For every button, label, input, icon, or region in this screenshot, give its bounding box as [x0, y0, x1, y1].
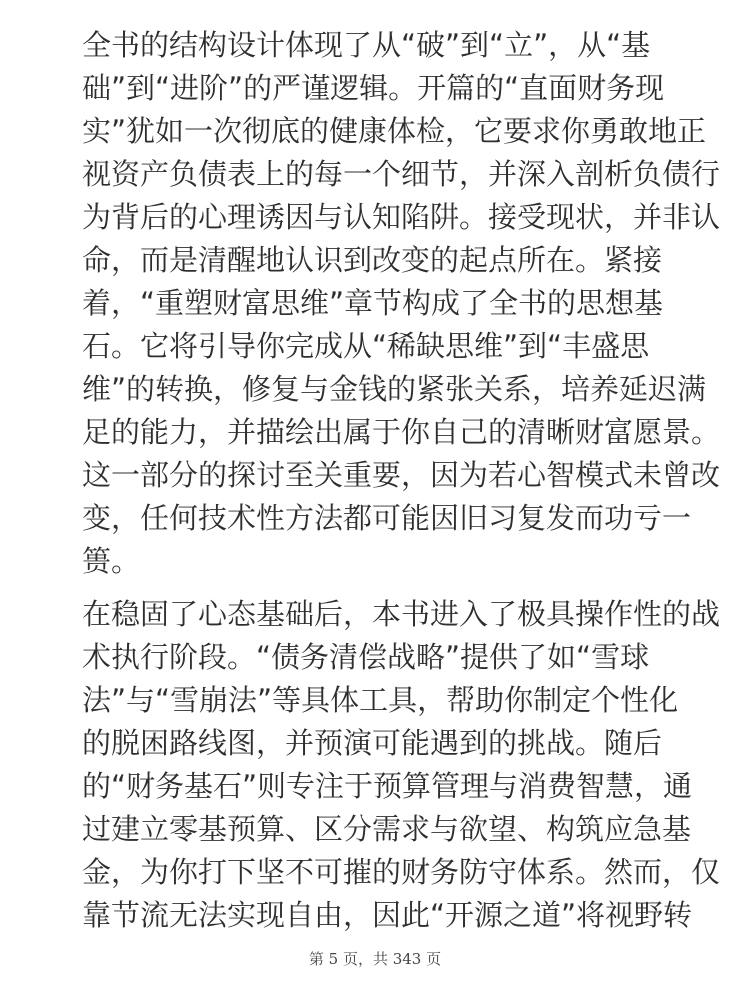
text-line: 为背后的心理诱因与认知陷阱。接受现状，并非认 — [82, 196, 666, 239]
text-line: 着，“重塑财富思维”章节构成了全书的思想基 — [82, 282, 666, 325]
paragraph-1: 全书的结构设计体现了从“破”到“立”，从“基 础”到“进阶”的严谨逻辑。开篇的“… — [82, 24, 666, 583]
text-line: 金，为你打下坚不可摧的财务防守体系。然而，仅 — [82, 851, 666, 894]
text-line: 变，任何技术性方法都可能因旧习复发而功亏一 — [82, 497, 666, 540]
page-body: 全书的结构设计体现了从“破”到“立”，从“基 础”到“进阶”的严谨逻辑。开篇的“… — [82, 24, 666, 937]
text-line: 靠节流无法实现自由，因此“开源之道”将视野转 — [82, 894, 666, 937]
text-line: 法”与“雪崩法”等具体工具，帮助你制定个性化 — [82, 679, 666, 722]
text-line: 全书的结构设计体现了从“破”到“立”，从“基 — [82, 24, 666, 67]
text-line: 术执行阶段。“债务清偿战略”提供了如“雪球 — [82, 636, 666, 679]
paragraph-2: 在稳固了心态基础后，本书进入了极具操作性的战 术执行阶段。“债务清偿战略”提供了… — [82, 593, 666, 937]
text-line: 过建立零基预算、区分需求与欲望、构筑应急基 — [82, 808, 666, 851]
text-line: 这一部分的探讨至关重要，因为若心智模式未曾改 — [82, 454, 666, 497]
text-line: 在稳固了心态基础后，本书进入了极具操作性的战 — [82, 593, 666, 636]
text-line: 视资产负债表上的每一个细节，并深入剖析负债行 — [82, 153, 666, 196]
text-line: 础”到“进阶”的严谨逻辑。开篇的“直面财务现 — [82, 67, 666, 110]
text-line: 命，而是清醒地认识到改变的起点所在。紧接 — [82, 239, 666, 282]
text-line: 足的能力，并描绘出属于你自己的清晰财富愿景。 — [82, 411, 666, 454]
text-line: 石。它将引导你完成从“稀缺思维”到“丰盛思 — [82, 325, 666, 368]
text-line: 的“财务基石”则专注于预算管理与消费智慧，通 — [82, 765, 666, 808]
text-line: 的脱困路线图，并预演可能遇到的挑战。随后 — [82, 722, 666, 765]
text-line: 实”犹如一次彻底的健康体检，它要求你勇敢地正 — [82, 110, 666, 153]
text-line: 篑。 — [82, 540, 666, 583]
text-line: 维”的转换，修复与金钱的紧张关系，培养延迟满 — [82, 368, 666, 411]
page-number-footer: 第 5 页，共 343 页 — [0, 948, 750, 969]
